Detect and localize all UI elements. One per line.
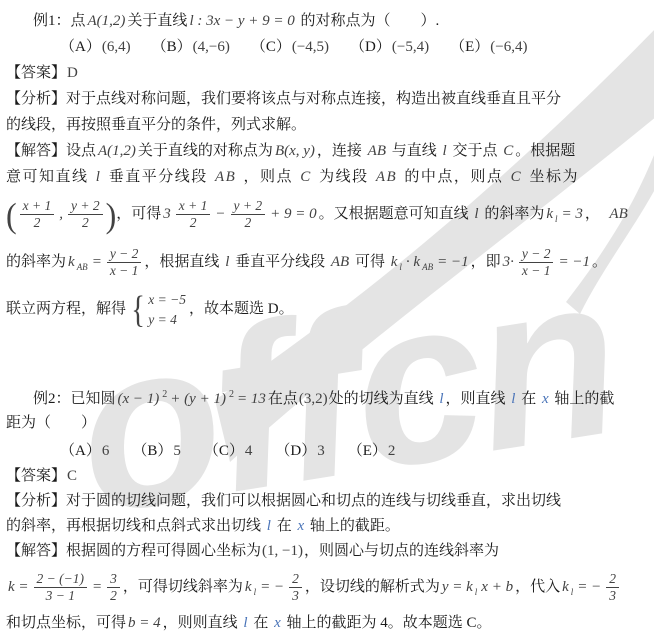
fraction: x + 12 xyxy=(20,198,55,231)
math-run: AB xyxy=(374,169,399,185)
text-run: 处的切线为直线 xyxy=(329,391,438,407)
text-run: ，则圆心与切点的连线斜率为 xyxy=(304,543,499,559)
text-run: 联立两方程，解得 xyxy=(6,301,126,317)
text-run: （C） xyxy=(204,443,244,459)
fraction-denominator: x − 1 xyxy=(519,263,554,279)
section-spacer xyxy=(0,332,654,382)
text-run: 在 xyxy=(273,518,296,534)
example1-title-line: 例1：点A(1,2)关于直线l : 3x − y + 9 = 0 的对称点为（ … xyxy=(0,8,654,34)
fraction-numerator: y − 2 xyxy=(107,246,142,263)
fraction-numerator: y + 2 xyxy=(68,198,103,215)
fraction-denominator: 3 xyxy=(289,588,302,604)
math-run: l : 3x − y + 9 = 0 xyxy=(187,13,296,29)
example2-analysis-line-1: 【分析】对于圆的切线问题，我们可以根据圆心和切点的连线与切线垂直，求出切线 xyxy=(0,489,654,514)
text-run: 可得 xyxy=(351,254,389,270)
math-run: C xyxy=(501,143,515,159)
fraction: x + 12 xyxy=(176,198,211,231)
math-number-run: (6,4) xyxy=(101,39,132,55)
math-number-run: D xyxy=(66,65,79,81)
math-run: k xyxy=(560,579,571,595)
example1-solution-line-1: 【解答】设点A(1,2)关于直线的对称点为B(x, y)，连接 AB 与直线 l… xyxy=(0,138,654,164)
text-run: ，即 xyxy=(471,254,501,270)
math-superscript: 2 xyxy=(162,389,167,400)
text-run: 为线段 xyxy=(314,169,374,185)
math-run: 3 xyxy=(161,206,173,222)
example2-formula-line: k =2 − (−1)3 − 1=32，可得切线斜率为kl= −23，设切线的解… xyxy=(0,564,654,610)
math-number-run: (4,−6) xyxy=(192,39,231,55)
text-run: （E） xyxy=(450,39,489,55)
math-number-run: (−5,4) xyxy=(391,39,430,55)
math-run: l xyxy=(472,206,480,222)
math-run: B(x, y) xyxy=(273,143,317,159)
text-run: 垂直平分线段 xyxy=(231,254,329,270)
fraction: 32 xyxy=(107,571,120,604)
fraction-denominator: 2 xyxy=(31,215,44,231)
text-run: 坐标为 xyxy=(524,169,579,185)
text-run: （D） xyxy=(275,443,316,459)
text-run: （A） xyxy=(60,443,101,459)
fraction-denominator: 2 xyxy=(79,215,92,231)
text-run: 【答案】 xyxy=(6,65,66,81)
text-run: 轴上的截距。 xyxy=(306,518,400,534)
math-number-run: (−4,5) xyxy=(291,39,330,55)
fraction-numerator: y + 2 xyxy=(231,198,266,215)
math-run: x + b xyxy=(479,579,515,595)
text-run: ，则直线 xyxy=(446,391,510,407)
math-number-run: (−6,4) xyxy=(489,39,528,55)
math-number-run: 6 xyxy=(101,443,111,459)
example1-formula-line-3: 联立两方程，解得{x = −5y = 4，故本题选 D。 xyxy=(0,286,654,332)
fraction-denominator: 2 xyxy=(107,588,120,604)
fraction: 2 − (−1)3 − 1 xyxy=(34,571,87,604)
text-run: 轴上的截 xyxy=(551,391,615,407)
math-number-run: 5 xyxy=(172,443,182,459)
math-run: = −1 xyxy=(435,254,471,270)
text-run: ，可得 xyxy=(116,206,161,222)
text-run: ，连接 xyxy=(317,143,366,159)
fraction-denominator: x − 1 xyxy=(107,263,142,279)
equation-row-2: y = 4 xyxy=(148,310,186,330)
math-run: l xyxy=(441,143,449,159)
example1-solution-line-2: 意可知直线 l 垂直平分线段 AB ，则点 C 为线段 AB 的中点，则点 C … xyxy=(0,164,654,190)
math-run: k = xyxy=(6,579,31,595)
text-run: 交于点 xyxy=(449,143,502,159)
math-subscript: l xyxy=(475,587,478,597)
text-run: ，可得切线斜率为 xyxy=(123,579,243,595)
math-run: k xyxy=(389,254,400,270)
math-run: 3· xyxy=(501,254,516,270)
fraction-numerator: 2 xyxy=(606,571,619,588)
math-run: l xyxy=(94,169,104,185)
fraction-numerator: 2 − (−1) xyxy=(34,571,87,588)
math-run: = − xyxy=(258,579,286,595)
text-run: 和切点坐标，可得 xyxy=(6,615,126,631)
example2-solution-line-1: 【解答】根据圆的方程可得圆心坐标为(1, −1)，则圆心与切点的连线斜率为 xyxy=(0,539,654,564)
fraction: y + 22 xyxy=(231,198,266,231)
math-run: , xyxy=(57,206,65,222)
math-number-run: (3,2) xyxy=(298,391,329,407)
text-run: 例2：已知圆 xyxy=(33,391,116,407)
brace-icon: { xyxy=(131,291,145,329)
math-run: l xyxy=(241,615,249,631)
text-run: （C） xyxy=(251,39,291,55)
fraction-denominator: 3 xyxy=(606,588,619,604)
text-run: 的斜率为 xyxy=(481,206,545,222)
text-run: 与直线 xyxy=(388,143,441,159)
math-run: = xyxy=(90,254,104,270)
math-run: A(1,2) xyxy=(96,143,138,159)
math-run: l xyxy=(265,518,273,534)
math-run: A(1,2) xyxy=(86,13,128,29)
math-run: AB xyxy=(607,206,629,222)
math-number-run: (1, −1) xyxy=(261,543,304,559)
equation-rows: x = −5y = 4 xyxy=(148,290,186,329)
math-run: k xyxy=(544,206,555,222)
math-run: = −1 xyxy=(556,254,592,270)
example1-analysis-line-2: 的线段，再按照垂直平分的条件，列式求解。 xyxy=(0,112,654,138)
fraction: 23 xyxy=(606,571,619,604)
math-run: = xyxy=(90,579,104,595)
text-run: 【解答】根据圆的方程可得圆心坐标为 xyxy=(6,543,261,559)
fraction-denominator: 2 xyxy=(187,215,200,231)
math-run: AB xyxy=(329,254,351,270)
equation-system: {x = −5y = 4 xyxy=(129,290,186,329)
text-run: 。 xyxy=(592,254,607,270)
big-paren: ( xyxy=(6,197,17,232)
example2-analysis-line-2: 的斜率，再根据切线和点斜式求出切线 l 在 x 轴上的截距。 xyxy=(0,514,654,539)
text-run: 的线段，再按照垂直平分的条件，列式求解。 xyxy=(6,117,306,133)
text-run: 距为（ ） xyxy=(6,415,96,431)
text-run: ，则点 xyxy=(238,169,298,185)
math-run: x xyxy=(540,391,551,407)
text-run: 【答案】 xyxy=(6,468,66,484)
math-run: = 13 xyxy=(235,391,268,407)
text-run: 在 xyxy=(517,391,540,407)
math-run: k xyxy=(243,579,254,595)
text-run: ，则则直线 xyxy=(163,615,242,631)
text-run: 的斜率，再根据切线和点斜式求出切线 xyxy=(6,518,265,534)
example2-title-line-2: 距为（ ） xyxy=(0,408,654,438)
text-run: 轴上的截距为 4。故本题选 C。 xyxy=(283,615,492,631)
math-number-run: 2 xyxy=(387,443,397,459)
text-run: 例1：点 xyxy=(33,13,86,29)
text-run: ，设切线的解析式为 xyxy=(305,579,440,595)
math-run: (x − 1) xyxy=(116,391,162,407)
example2-options-line: （A）6（B）5（C）4（D）3（E）2 xyxy=(0,438,654,464)
text-run: 的对称点为（ ）. xyxy=(297,13,440,29)
math-run: + (y + 1) xyxy=(168,391,228,407)
document-body: 例1：点A(1,2)关于直线l : 3x − y + 9 = 0 的对称点为（ … xyxy=(0,0,654,636)
fraction-numerator: y − 2 xyxy=(519,246,554,263)
example2-final-line: 和切点坐标，可得b = 4，则则直线 l 在 x 轴上的截距为 4。故本题选 C… xyxy=(0,610,654,636)
math-run: x xyxy=(295,518,306,534)
text-run: ，根据直线 xyxy=(144,254,223,270)
text-run: （B） xyxy=(132,443,172,459)
equation-row-1: x = −5 xyxy=(148,290,186,310)
math-number-run: C xyxy=(66,468,78,484)
text-run: （E） xyxy=(348,443,387,459)
fraction: y + 22 xyxy=(68,198,103,231)
math-run: AB xyxy=(213,169,238,185)
text-run: 在点 xyxy=(268,391,298,407)
math-subscript: l xyxy=(399,262,402,272)
example1-answer-line: 【答案】D xyxy=(0,60,654,86)
text-run: ， xyxy=(585,206,608,222)
fraction-numerator: x + 1 xyxy=(176,198,211,215)
text-run: 【解答】设点 xyxy=(6,143,96,159)
math-run: l xyxy=(437,391,445,407)
text-run: 意可知直线 xyxy=(6,169,94,185)
text-run: 关于直线 xyxy=(127,13,187,29)
text-run: 垂直平分线段 xyxy=(103,169,213,185)
math-run: − xyxy=(213,206,227,222)
math-run: k xyxy=(66,254,77,270)
math-run: · k xyxy=(404,254,422,270)
example1-formula-line-2: 的斜率为kAB=y − 2x − 1，根据直线 l 垂直平分线段 AB 可得 k… xyxy=(0,238,654,286)
text-run: 【分析】对于圆的切线问题，我们可以根据圆心和切点的连线与切线垂直，求出切线 xyxy=(6,493,561,509)
text-run: （A） xyxy=(60,39,101,55)
text-run: 。又根据题意可知直线 xyxy=(319,206,473,222)
math-subscript: l xyxy=(254,587,257,597)
text-run: 关于直线的对称点为 xyxy=(138,143,273,159)
math-run: C xyxy=(509,169,525,185)
math-number-run: 4 xyxy=(244,443,254,459)
fraction-denominator: 2 xyxy=(241,215,254,231)
math-run: b = 4 xyxy=(126,615,163,631)
fraction: y − 2x − 1 xyxy=(107,246,142,279)
text-run: （B） xyxy=(152,39,192,55)
math-subscript: l xyxy=(555,214,558,224)
fraction-numerator: 3 xyxy=(107,571,120,588)
example1-formula-line-1: (x + 12,y + 22)，可得3x + 12−y + 22+ 9 = 0。… xyxy=(0,190,654,238)
big-paren: ) xyxy=(106,197,117,232)
math-subscript: AB xyxy=(422,262,433,272)
fraction: y − 2x − 1 xyxy=(519,246,554,279)
example1-analysis-line-1: 【分析】对于点线对称问题，我们要将该点与对称点连接，构造出被直线垂直且平分 xyxy=(0,86,654,112)
math-superscript: 2 xyxy=(229,389,234,400)
math-run: x xyxy=(272,615,283,631)
math-run: C xyxy=(298,169,314,185)
math-run: y = k xyxy=(440,579,475,595)
text-run: ，代入 xyxy=(515,579,560,595)
math-run: = − xyxy=(575,579,603,595)
math-run: AB xyxy=(366,143,388,159)
fraction: 23 xyxy=(289,571,302,604)
math-run: + 9 = 0 xyxy=(268,206,319,222)
fraction-numerator: x + 1 xyxy=(20,198,55,215)
math-number-run: 3 xyxy=(316,443,326,459)
text-run: 的斜率为 xyxy=(6,254,66,270)
fraction-denominator: 3 − 1 xyxy=(43,588,78,604)
text-run: ，故本题选 D。 xyxy=(189,301,294,317)
math-subscript: AB xyxy=(77,262,88,272)
example2-title-line-1: 例2：已知圆(x − 1)2+ (y + 1)2= 13在点(3,2)处的切线为… xyxy=(0,382,654,408)
math-subscript: l xyxy=(571,587,574,597)
text-run: 。根据题 xyxy=(515,143,575,159)
text-run: （D） xyxy=(350,39,391,55)
example2-answer-line: 【答案】C xyxy=(0,464,654,489)
math-run: = 3 xyxy=(560,206,585,222)
text-run: 【分析】对于点线对称问题，我们要将该点与对称点连接，构造出被直线垂直且平分 xyxy=(6,91,561,107)
text-run: 的中点，则点 xyxy=(399,169,509,185)
text-run: 在 xyxy=(250,615,273,631)
example1-options-line: （A）(6,4)（B）(4,−6)（C）(−4,5)（D）(−5,4)（E）(−… xyxy=(0,34,654,60)
fraction-numerator: 2 xyxy=(289,571,302,588)
